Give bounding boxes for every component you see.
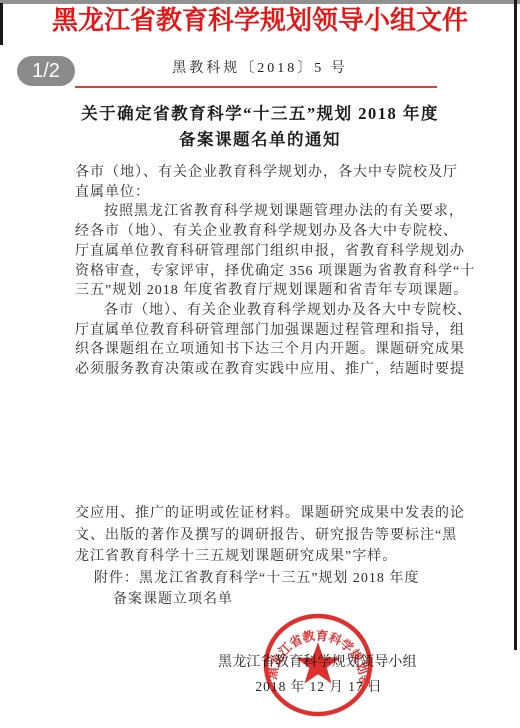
- document-text-line: 按照黑龙江省教育科学规划课题管理办法的有关要求，: [75, 202, 455, 222]
- document-text-line: 织各课题组在立项通知书下达三个月内开题。课题研究成果: [75, 340, 455, 360]
- scan-right-edge-line: [514, 0, 517, 650]
- document-text-line: 厅直属单位教育科研管理部门加强课题过程管理和指导，组: [75, 321, 455, 341]
- red-divider-line: [75, 86, 437, 88]
- document-text-line: 经各市（地）、有关企业教育科学规划办及各大中专院校、: [75, 222, 455, 242]
- seal-star-icon: [296, 642, 340, 684]
- official-red-seal: 黑龙江省教育科学规划领导小组: [262, 612, 374, 718]
- document-text-line: 各市（地）、有关企业教育科学规划办及各大中专院校、: [75, 301, 455, 321]
- document-text-line: 备案课题立项名单: [75, 589, 455, 611]
- document-title: 关于确定省教育科学“十三五”规划 2018 年度 备案课题名单的通知: [0, 101, 520, 153]
- document-text-line: 龙江省教育科学十三五规划课题研究成果”字样。: [75, 546, 455, 568]
- document-text-line: 直属单位：: [75, 183, 455, 203]
- document-title-line2: 备案课题名单的通知: [0, 127, 520, 153]
- scanned-official-document: 黑龙江省教育科学规划领导小组文件 1/2 黑教科规〔2018〕5 号 关于确定省…: [0, 0, 520, 728]
- document-body-upper: 各市（地）、有关企业教育科学规划办，各大中专院校及厅直属单位：按照黑龙江省教育科…: [75, 163, 455, 380]
- document-title-line1: 关于确定省教育科学“十三五”规划 2018 年度: [0, 101, 520, 127]
- document-text-line: 文、出版的著作及撰写的调研报告、研究报告等要标注“黑: [75, 525, 455, 547]
- document-text-line: 附件：黑龙江省教育科学“十三五”规划 2018 年度: [75, 568, 455, 590]
- document-text-line: 厅直属单位教育科研管理部门组织申报，省教育科学规划办: [75, 242, 455, 262]
- document-text-line: 各市（地）、有关企业教育科学规划办，各大中专院校及厅: [75, 163, 455, 183]
- red-header-banner: 黑龙江省教育科学规划领导小组文件: [0, 3, 520, 37]
- document-text-line: 交应用、推广的证明或佐证材料。课题研究成果中发表的论: [75, 503, 455, 525]
- document-body-lower: 交应用、推广的证明或佐证材料。课题研究成果中发表的论文、出版的著作及撰写的调研报…: [75, 503, 455, 611]
- document-text-line: 必须服务教育决策或在教育实践中应用、推广，结题时要提: [75, 360, 455, 380]
- document-text-line: 三五”规划 2018 年度省教育厅规划课题和省青年专项课题。: [75, 281, 455, 301]
- document-text-line: 资格审查，专家评审，择优确定 356 项课题为省教育科学“十: [75, 262, 455, 282]
- document-number: 黑教科规〔2018〕5 号: [0, 57, 520, 77]
